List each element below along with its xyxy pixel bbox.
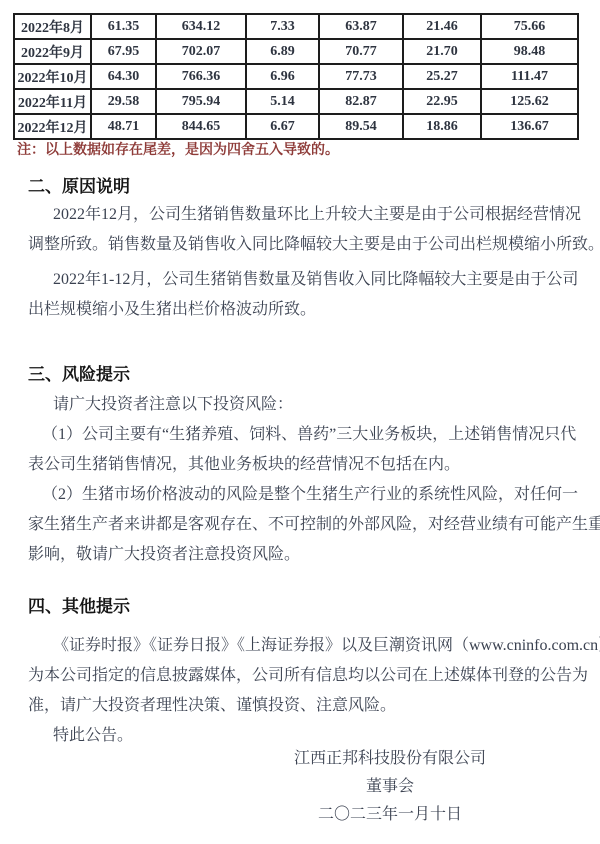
table-cell-value: 6.67 [246, 114, 319, 139]
paragraph-line: 出栏规模缩小及生猪出栏价格波动所致。 [28, 295, 580, 325]
paragraph-line: 家生猪生产者来讲都是客观存在、不可控制的外部风险，对经营业绩有可能产生重大 [28, 510, 580, 540]
table-row: 2022年10月64.30766.366.9677.7325.27111.47 [14, 64, 578, 89]
table-row: 2022年9月67.95702.076.8970.7721.7098.48 [14, 39, 578, 64]
table-cell-value: 63.87 [319, 14, 403, 39]
section-other: 四、其他提示《证券时报》《证券日报》《上海证券报》以及巨潮资讯网（www.cni… [0, 596, 600, 721]
paragraph: 2022年12月，公司生猪销售数量环比上升较大主要是由于公司根据经营情况调整所致… [0, 200, 600, 260]
paragraph-line: 调整所致。销售数量及销售收入同比降幅较大主要是由于公司出栏规模缩小所致。 [28, 230, 580, 260]
paragraph-line: 表公司生猪销售情况，其他业务板块的经营情况不包括在内。 [28, 450, 580, 480]
table-cell-value: 21.46 [403, 14, 481, 39]
table-cell-value: 29.58 [91, 89, 156, 114]
signature-board: 董事会 [270, 773, 510, 801]
signature-block: 江西正邦科技股份有限公司 董事会 二〇二三年一月十日 [270, 745, 510, 829]
table-cell-value: 844.65 [156, 114, 246, 139]
table-cell-month: 2022年12月 [14, 114, 91, 139]
paragraph: 请广大投资者注意以下投资风险： [0, 390, 600, 420]
table-cell-value: 22.95 [403, 89, 481, 114]
table-cell-value: 21.70 [403, 39, 481, 64]
paragraph: （2）生猪市场价格波动的风险是整个生猪生产行业的系统性风险，对任何一家生猪生产者… [0, 480, 600, 570]
table-cell-value: 795.94 [156, 89, 246, 114]
table-cell-value: 89.54 [319, 114, 403, 139]
table-row: 2022年11月29.58795.945.1482.8722.95125.62 [14, 89, 578, 114]
paragraph-line: 影响，敬请广大投资者注意投资风险。 [28, 540, 580, 570]
paragraph-line: 准，请广大投资者理性决策、谨慎投资、注意风险。 [28, 691, 580, 721]
sales-table: 2022年8月61.35634.127.3363.8721.4675.66202… [13, 13, 579, 140]
table-cell-value: 75.66 [481, 14, 578, 39]
table-cell-month: 2022年8月 [14, 14, 91, 39]
table-cell-value: 766.36 [156, 64, 246, 89]
table-cell-value: 136.67 [481, 114, 578, 139]
paragraph-line: 请广大投资者注意以下投资风险： [28, 390, 580, 420]
paragraph: 《证券时报》《证券日报》《上海证券报》以及巨潮资讯网（www.cninfo.co… [0, 631, 600, 721]
table-note: 注：以上数据如存在尾差，是因为四舍五入导致的。 [17, 142, 600, 159]
table-cell-value: 111.47 [481, 64, 578, 89]
paragraph: （1）公司主要有“生猪养殖、饲料、兽药”三大业务板块，上述销售情况只代表公司生猪… [0, 420, 600, 480]
table-cell-value: 64.30 [91, 64, 156, 89]
section-heading: 四、其他提示 [28, 596, 600, 618]
paragraph-line: （2）生猪市场价格波动的风险是整个生猪生产行业的系统性风险，对任何一 [28, 480, 580, 510]
sales-table-body: 2022年8月61.35634.127.3363.8721.4675.66202… [14, 14, 578, 139]
paragraph-line: 2022年12月，公司生猪销售数量环比上升较大主要是由于公司根据经营情况 [28, 200, 580, 230]
signature-company: 江西正邦科技股份有限公司 [270, 745, 510, 773]
table-cell-value: 6.96 [246, 64, 319, 89]
table-cell-month: 2022年11月 [14, 89, 91, 114]
paragraph-line: 2022年1-12月，公司生猪销售数量及销售收入同比降幅较大主要是由于公司 [28, 265, 580, 295]
table-row: 2022年8月61.35634.127.3363.8721.4675.66 [14, 14, 578, 39]
paragraph: 2022年1-12月，公司生猪销售数量及销售收入同比降幅较大主要是由于公司出栏规… [0, 265, 600, 325]
table-cell-value: 6.89 [246, 39, 319, 64]
table-cell-value: 77.73 [319, 64, 403, 89]
table-cell-value: 25.27 [403, 64, 481, 89]
table-cell-value: 61.35 [91, 14, 156, 39]
document-page: 2022年8月61.35634.127.3363.8721.4675.66202… [0, 0, 600, 844]
signature-date: 二〇二三年一月十日 [270, 801, 510, 829]
table-cell-value: 67.95 [91, 39, 156, 64]
table-cell-value: 634.12 [156, 14, 246, 39]
table-cell-value: 98.48 [481, 39, 578, 64]
table-row: 2022年12月48.71844.656.6789.5418.86136.67 [14, 114, 578, 139]
table-cell-value: 82.87 [319, 89, 403, 114]
section-reason: 二、原因说明2022年12月，公司生猪销售数量环比上升较大主要是由于公司根据经营… [0, 176, 600, 325]
table-cell-value: 125.62 [481, 89, 578, 114]
sections: 二、原因说明2022年12月，公司生猪销售数量环比上升较大主要是由于公司根据经营… [0, 176, 600, 721]
table-cell-month: 2022年10月 [14, 64, 91, 89]
table-cell-value: 702.07 [156, 39, 246, 64]
section-risk: 三、风险提示请广大投资者注意以下投资风险：（1）公司主要有“生猪养殖、饲料、兽药… [0, 364, 600, 570]
table-cell-value: 48.71 [91, 114, 156, 139]
section-heading: 二、原因说明 [28, 176, 600, 198]
table-cell-value: 18.86 [403, 114, 481, 139]
paragraph-line: （1）公司主要有“生猪养殖、饲料、兽药”三大业务板块，上述销售情况只代 [28, 420, 580, 450]
section-heading: 三、风险提示 [28, 364, 600, 386]
table-cell-month: 2022年9月 [14, 39, 91, 64]
table-cell-value: 70.77 [319, 39, 403, 64]
paragraph-line: 为本公司指定的信息披露媒体，公司所有信息均以公司在上述媒体刊登的公告为 [28, 661, 580, 691]
table-cell-value: 7.33 [246, 14, 319, 39]
table-cell-value: 5.14 [246, 89, 319, 114]
paragraph-line: 《证券时报》《证券日报》《上海证券报》以及巨潮资讯网（www.cninfo.co… [28, 631, 580, 661]
